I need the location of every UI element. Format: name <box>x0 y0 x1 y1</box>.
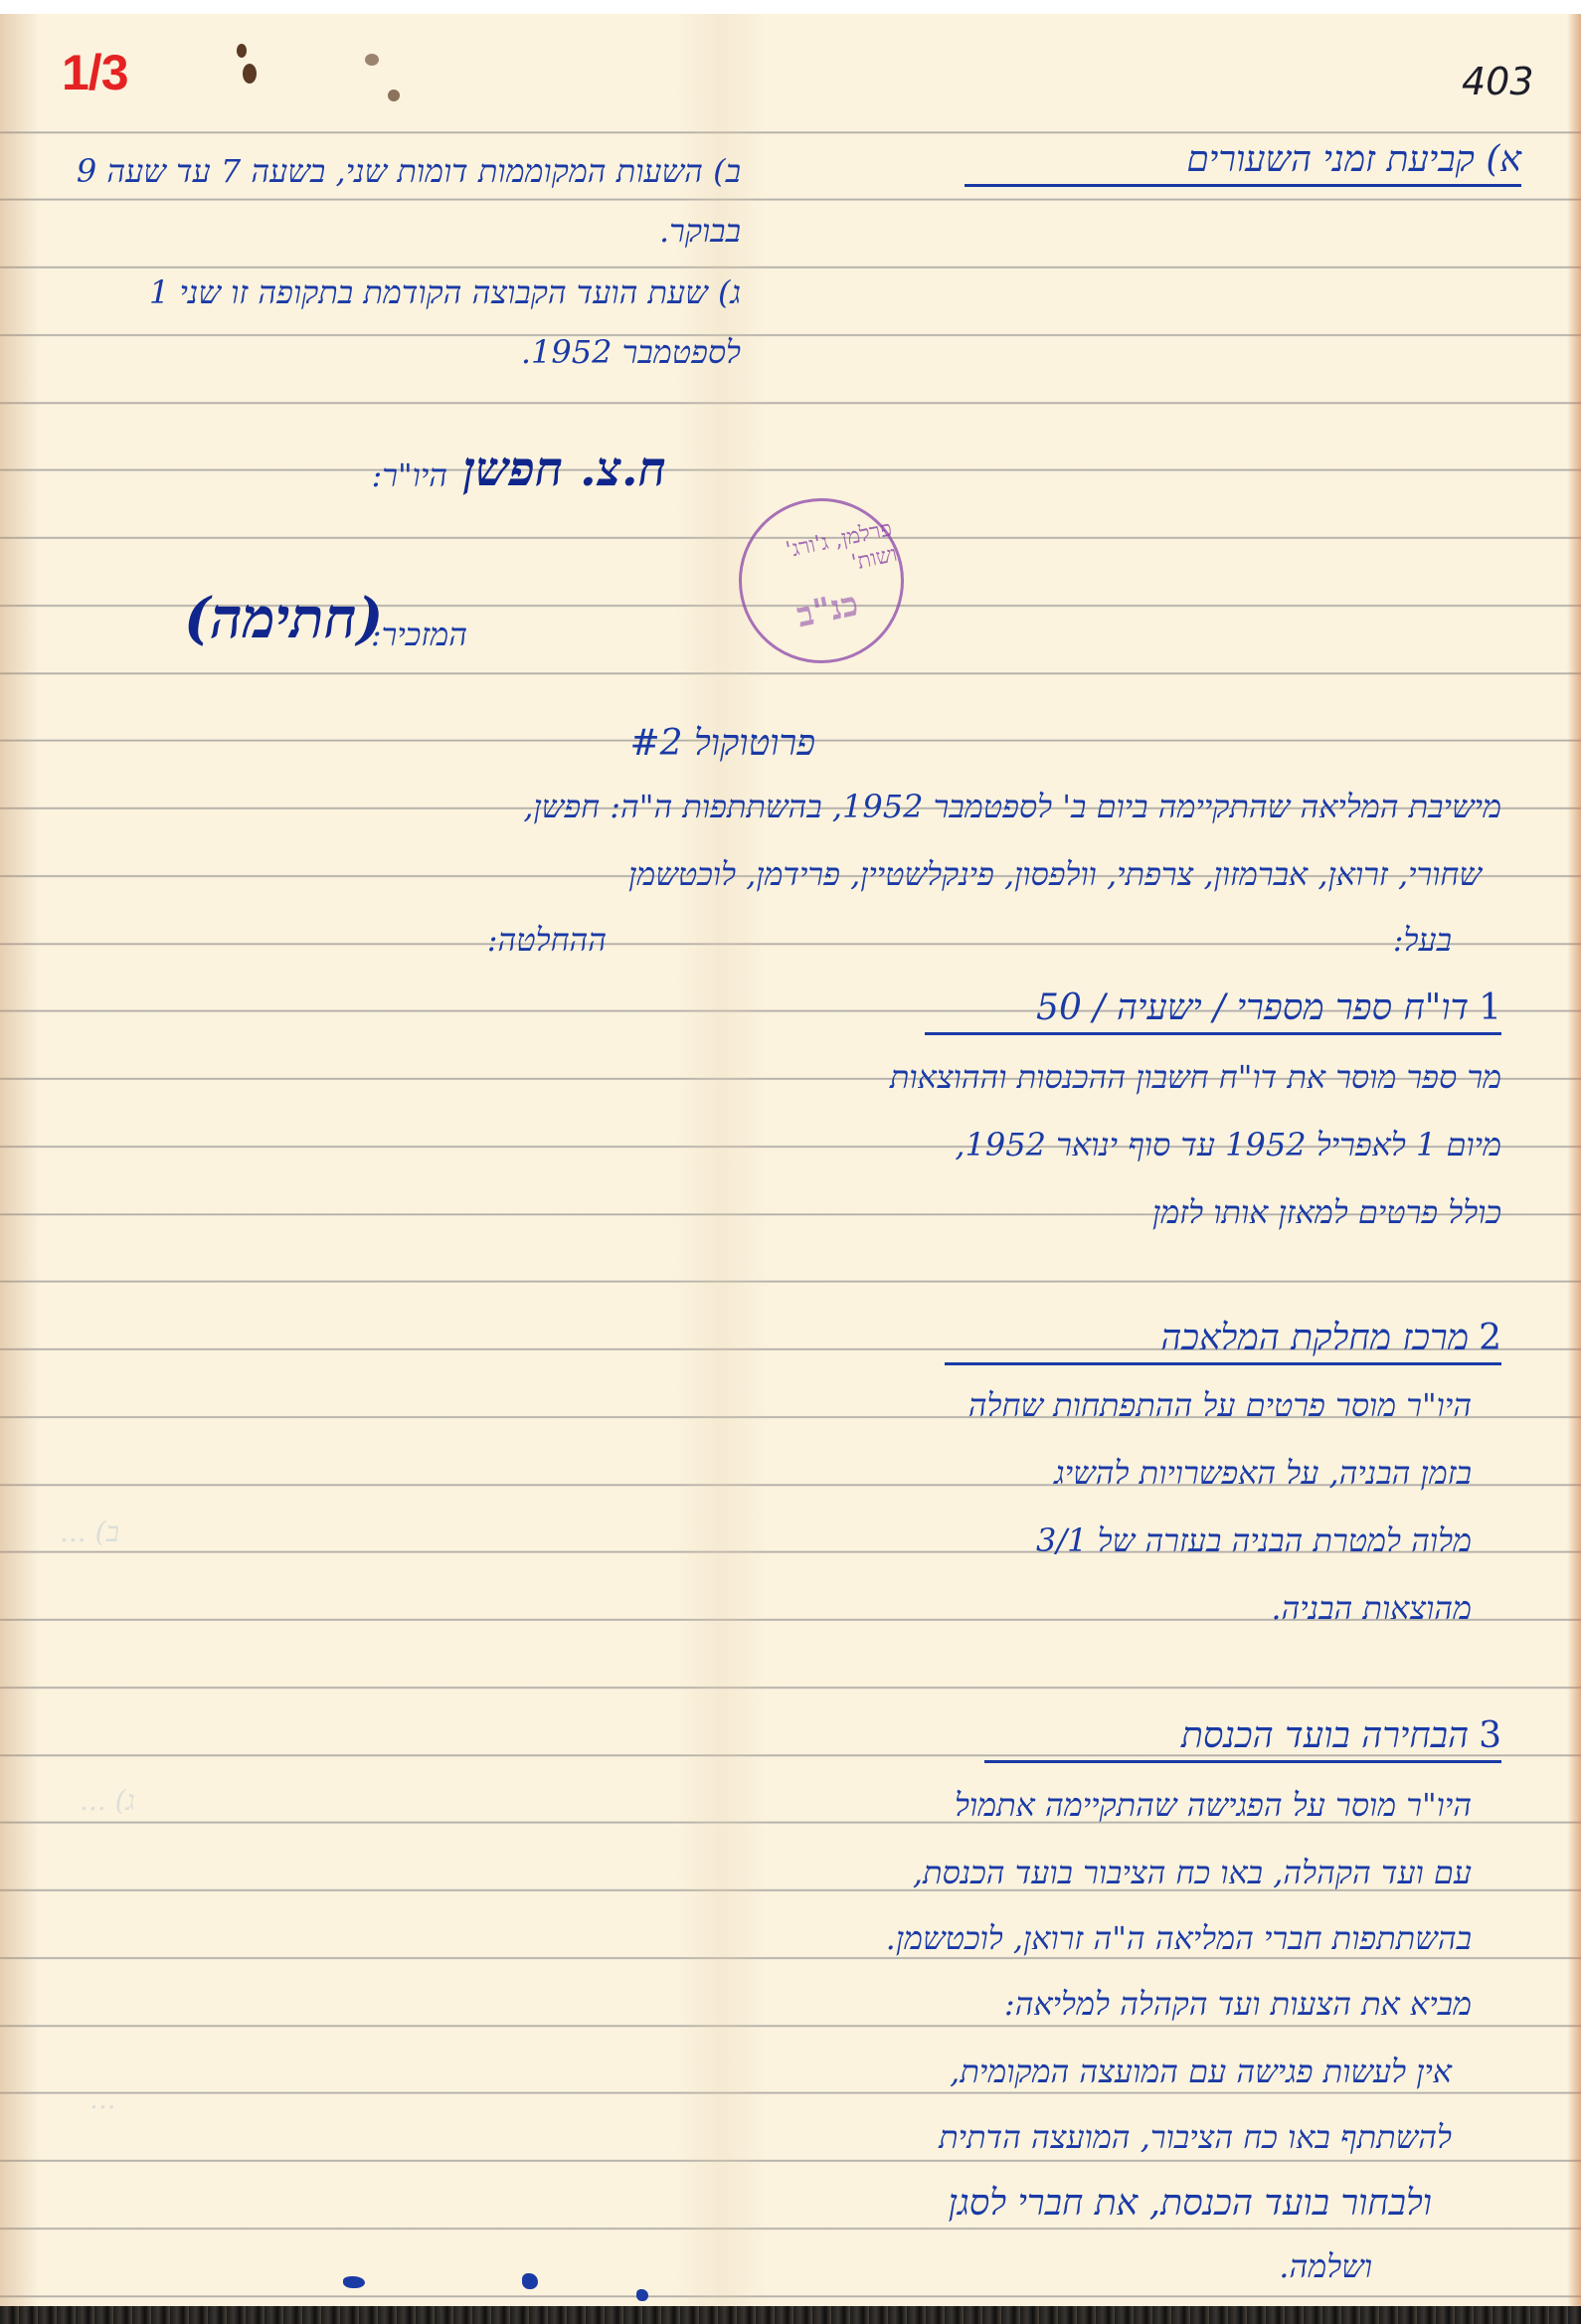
secretary-signature: (חתימה) <box>184 586 383 651</box>
protocol-opening-line-4: ההחלטה: <box>487 921 607 959</box>
section-3-line: להשתתף באו כח הציבור, המועצה הדתית <box>939 2118 1452 2156</box>
section-2-heading: 2מרכז מחלקת המלאכה <box>945 1317 1501 1365</box>
section-3-line: עם ועד הקהלה, באו כח הציבור בועד הכנסת, <box>913 1854 1472 1891</box>
secretary-label: המזכיר: <box>371 616 467 653</box>
section-2-line: היו"ר מוסר פרטים על ההתפתחות שחלה <box>968 1386 1472 1424</box>
item-a-heading: א) קביעת זמני השעורים <box>965 138 1521 187</box>
stamp-ring-text: פרלמן, ג'ורג' ושות' <box>733 515 899 599</box>
section-1-heading: 1דו"ח ספר מספרי / ישעיה / 50 <box>925 986 1501 1035</box>
section-3-line: היו"ר מוסר על הפגישה שהתקיימה אתמול <box>955 1786 1472 1824</box>
ink-stain <box>388 89 400 101</box>
section-2-line: בזמן הבניה, על האפשרויות להשיג <box>1054 1454 1472 1492</box>
section-2-number: 2 <box>1479 1318 1501 1358</box>
ink-stain <box>365 54 379 66</box>
protocol-opening-line-2: שחורי, זרואן, אברמזון, צרפתי, וולפסון, פ… <box>628 855 1482 893</box>
protocol-title: פרוטוקול #2 <box>629 722 815 764</box>
section-3-line: מביא את הצעות ועד הקהלה למליאה: <box>1004 1985 1472 2023</box>
chair-signature: ח.צ. חפשן <box>463 442 666 497</box>
stamp-center-text: כנ"ב <box>793 584 862 635</box>
bleed-through-text: ... <box>89 2082 116 2115</box>
section-1-line: מר ספר מוסר את דו"ח חשבון ההכנסות וההוצא… <box>890 1058 1501 1096</box>
item-g-text: ג) שעת הועד הקבוצה הקודמת בתקופה זו שני … <box>25 263 741 382</box>
section-3-number: 3 <box>1479 1715 1501 1756</box>
protocol-opening-line-3: בעל: <box>1393 921 1452 959</box>
section-1-line: מיום 1 לאפריל 1952 עד סוף ינואר 1952, <box>955 1126 1501 1163</box>
ink-mark <box>343 2276 365 2288</box>
folio-label: 1/3 <box>62 44 128 101</box>
ink-mark <box>636 2289 648 2301</box>
scan-bottom-edge <box>0 2306 1581 2324</box>
protocol-opening-line-1: מישיבת המליאה שהתקיימה ביום ב' לספטמבר 1… <box>523 788 1501 825</box>
section-3-line: אין לעשות פגישה עם המועצה המקומית, <box>950 2053 1452 2090</box>
section-3-line: בהשתתפות חברי המליאה ה"ה זרואן, לוכטשמן. <box>886 1919 1472 1957</box>
section-2-line: מלוה למטרת הבניה בעזרה של 3/1 <box>1036 1521 1472 1559</box>
notebook-page: 1/3 403 א) קביעת זמני השעורים ב) השעות ה… <box>0 14 1581 2306</box>
ink-stain <box>243 64 257 84</box>
page-number: 403 <box>1462 60 1534 103</box>
section-1-number: 1 <box>1479 987 1501 1028</box>
section-2-line: מהוצאות הבניה. <box>1271 1589 1472 1627</box>
ink-stain <box>237 44 247 58</box>
ink-mark <box>522 2273 538 2289</box>
bleed-through-text: ג) ... <box>80 1784 135 1818</box>
section-3-line: ולבחור בועד הכנסת, את חברי לסגן <box>949 2182 1432 2224</box>
bleed-through-text: ב) ... <box>60 1516 119 1549</box>
section-1-line: כולל פרטים למאזן אותו לזמן <box>1152 1193 1501 1231</box>
item-b-text: ב) השעות המקוממות דומות שני, בשעה 7 עד ש… <box>25 141 741 261</box>
section-3-line: ושלמה. <box>1279 2247 1372 2285</box>
section-3-heading: 3הבחירה בועד הכנסת <box>984 1714 1501 1763</box>
chair-label: היו"ר: <box>371 456 447 494</box>
